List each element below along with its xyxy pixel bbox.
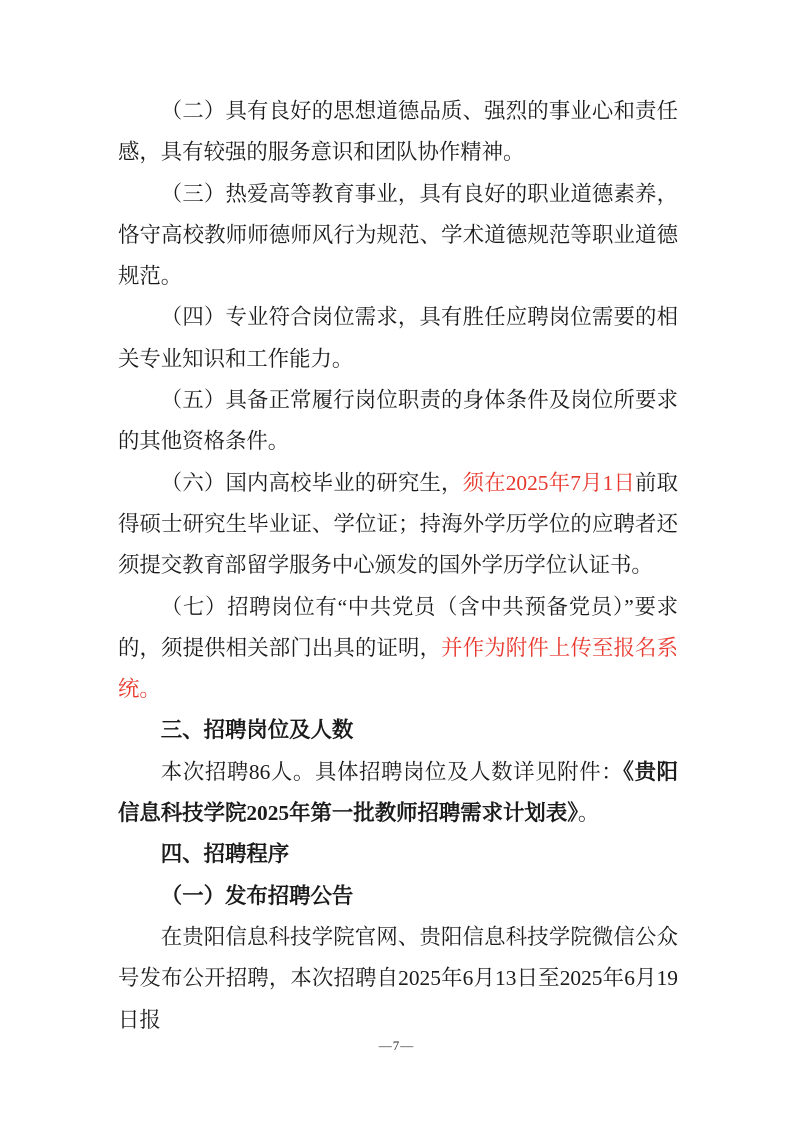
text-run: （四）专业符合岗位需求，具有胜任应聘岗位需要的相关专业知识和工作能力。 xyxy=(118,305,678,370)
paragraph-position-count: 本次招聘86人。具体招聘岗位及人数详见附件：《贵阳信息科技学院2025年第一批教… xyxy=(118,752,678,835)
paragraph-announcement-channels: 在贵阳信息科技学院官网、贵阳信息科技学院微信公众号发布公开招聘，本次招聘自202… xyxy=(118,917,678,1041)
subsection-heading-announcement: （一）发布招聘公告 xyxy=(118,876,678,917)
heading-text: 三、招聘岗位及人数 xyxy=(161,718,354,742)
paragraph-clause-two: （二）具有良好的思想道德品质、强烈的事业心和责任感，具有较强的服务意识和团队协作… xyxy=(118,91,678,174)
text-run: （五）具备正常履行岗位职责的身体条件及岗位所要求的其他资格条件。 xyxy=(118,388,678,453)
heading-text: （一）发布招聘公告 xyxy=(161,884,354,908)
text-run: （六）国内高校毕业的研究生， xyxy=(161,471,463,495)
paragraph-clause-seven: （七）招聘岗位有“中共党员（含中共预备党员）”要求的，须提供相关部门出具的证明，… xyxy=(118,587,678,711)
section-heading-procedure: 四、招聘程序 xyxy=(118,834,678,875)
paragraph-clause-four: （四）专业符合岗位需求，具有胜任应聘岗位需要的相关专业知识和工作能力。 xyxy=(118,297,678,380)
text-run: 。 xyxy=(578,801,599,825)
text-run: 本次招聘86人。具体招聘岗位及人数详见附件： xyxy=(161,760,623,784)
document-page: （二）具有良好的思想道德品质、强烈的事业心和责任感，具有较强的服务意识和团队协作… xyxy=(0,0,793,1122)
document-body: （二）具有良好的思想道德品质、强烈的事业心和责任感，具有较强的服务意识和团队协作… xyxy=(118,91,678,1041)
paragraph-clause-six: （六）国内高校毕业的研究生，须在2025年7月1日前取得硕士研究生毕业证、学位证… xyxy=(118,463,678,587)
page-number: —7— xyxy=(379,1038,415,1053)
text-run: （三）热爱高等教育事业，具有良好的职业道德素养，恪守高校教师师德师风行为规范、学… xyxy=(118,182,678,289)
text-run: （二）具有良好的思想道德品质、强烈的事业心和责任感，具有较强的服务意识和团队协作… xyxy=(118,99,678,164)
text-run: 在贵阳信息科技学院官网、贵阳信息科技学院微信公众号发布公开招聘，本次招聘自202… xyxy=(118,925,678,1032)
section-heading-positions: 三、招聘岗位及人数 xyxy=(118,710,678,751)
paragraph-clause-three: （三）热爱高等教育事业，具有良好的职业道德素养，恪守高校教师师德师风行为规范、学… xyxy=(118,174,678,298)
page-footer: —7— xyxy=(0,1038,793,1054)
deadline-highlight: 须在2025年7月1日 xyxy=(463,471,635,495)
heading-text: 四、招聘程序 xyxy=(161,842,289,866)
paragraph-clause-five: （五）具备正常履行岗位职责的身体条件及岗位所要求的其他资格条件。 xyxy=(118,380,678,463)
